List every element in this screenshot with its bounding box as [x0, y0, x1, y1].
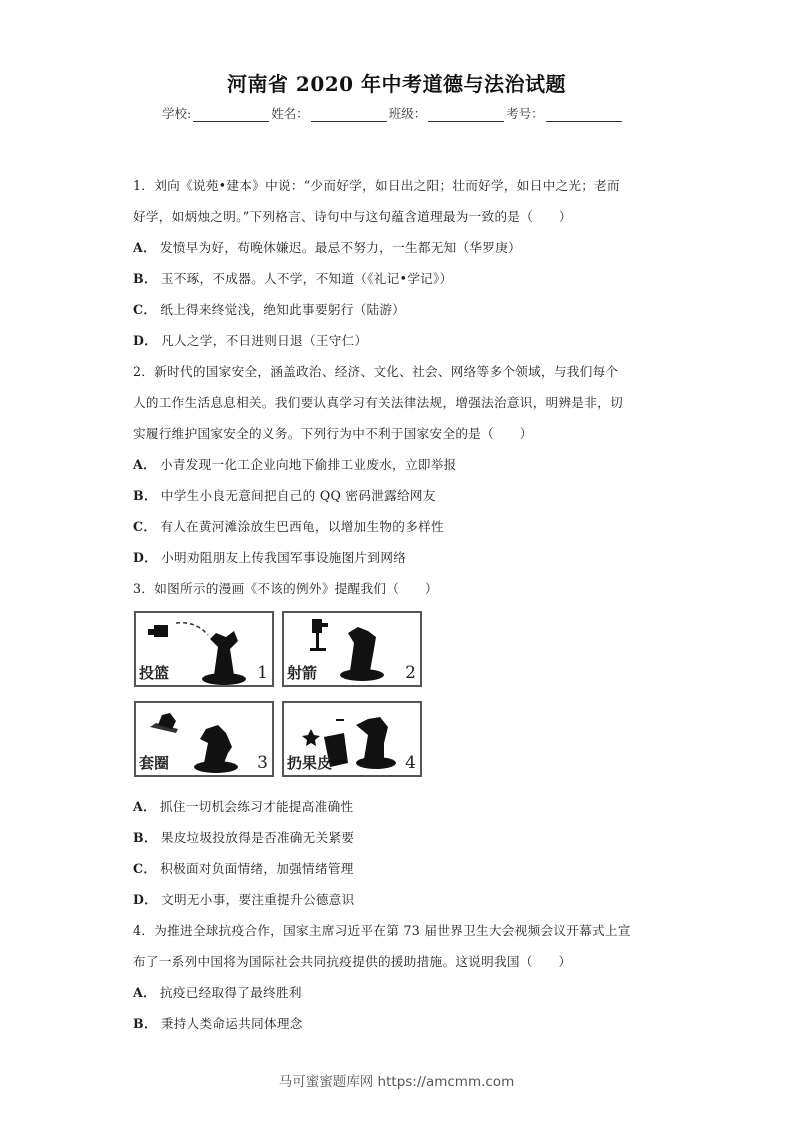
- school-label: 学校:: [162, 104, 191, 122]
- q2-option-c: C．有人在黄河滩涂放生巴西龟，以增加生物的多样性: [133, 516, 444, 535]
- option-key: B．: [133, 271, 157, 286]
- option-key: A．: [133, 240, 156, 255]
- option-key: C．: [133, 861, 156, 876]
- option-key: B．: [133, 1016, 157, 1031]
- option-key: D．: [133, 550, 157, 565]
- panel-caption: 扔果皮: [287, 752, 332, 773]
- q2-option-a: A．小青发现一化工企业向地下偷排工业废水，立即举报: [133, 454, 457, 473]
- option-text: 发愤早为好，苟晚休嫌迟。最忌不努力，一生都无知（华罗庚）: [160, 240, 521, 255]
- watermark-footer: 马可蜜蜜题库网 https://amcmm.com: [0, 1070, 793, 1090]
- school-blank[interactable]: [193, 109, 269, 122]
- q3-option-d: D．文明无小事，要注重提升公德意识: [133, 889, 355, 908]
- option-text: 玉不琢，不成器。人不学，不知道（《礼记•学记》）: [161, 271, 453, 286]
- comic-panel-1: 投篮 1: [134, 611, 274, 687]
- option-text: 文明无小事，要注重提升公德意识: [161, 892, 354, 907]
- q4-option-a: A．抗疫已经取得了最终胜利: [133, 982, 302, 1001]
- name-blank[interactable]: [311, 109, 387, 122]
- q2-option-b: B．中学生小良无意间把自己的 QQ 密码泄露给网友: [133, 485, 436, 504]
- q1-option-d: D．凡人之学，不日进则日退（王守仁）: [133, 330, 367, 349]
- q2-stem-line-2: 人的工作生活息息相关。我们要认真学习有关法律法规，增强法治意识，明辨是非，切: [133, 392, 623, 411]
- q2-option-d: D．小明劝阻朋友上传我国军事设施图片到网络: [133, 547, 406, 566]
- option-key: C．: [133, 519, 156, 534]
- option-key: C．: [133, 302, 156, 317]
- q3-option-a: A．抓住一切机会练习才能提高准确性: [133, 796, 353, 815]
- option-key: A．: [133, 799, 156, 814]
- page-title: 河南省 2020 年中考道德与法治试题: [0, 68, 793, 97]
- q4-stem-line-2: 布了一系列中国将为国际社会共同抗疫提供的援助措施。这说明我国（ ）: [133, 951, 571, 970]
- exam-number-label: 考号：: [506, 104, 544, 122]
- panel-caption: 射箭: [287, 662, 317, 683]
- q3-option-b: B．果皮垃圾投放得是否准确无关紧要: [133, 827, 354, 846]
- option-text: 凡人之学，不日进则日退（王守仁）: [161, 333, 367, 348]
- option-text: 秉持人类命运共同体理念: [161, 1016, 303, 1031]
- option-key: A．: [133, 985, 156, 1000]
- comic-panel-2: 射箭 2: [282, 611, 422, 687]
- q3-option-c: C．积极面对负面情绪，加强情绪管理: [133, 858, 354, 877]
- option-text: 中学生小良无意间把自己的 QQ 密码泄露给网友: [161, 488, 436, 503]
- name-label: 姓名：: [271, 104, 309, 122]
- option-text: 抗疫已经取得了最终胜利: [160, 985, 302, 1000]
- option-key: D．: [133, 333, 157, 348]
- option-key: D．: [133, 892, 157, 907]
- comic-figure: 投篮 1 射箭 2 套圈 3: [133, 610, 425, 780]
- option-text: 有人在黄河滩涂放生巴西龟，以增加生物的多样性: [160, 519, 444, 534]
- option-text: 小明劝阻朋友上传我国军事设施图片到网络: [161, 550, 406, 565]
- comic-panel-3: 套圈 3: [134, 701, 274, 777]
- class-blank[interactable]: [428, 109, 504, 122]
- comic-panel-4: 扔果皮 4: [282, 701, 422, 777]
- class-label: 班级：: [389, 104, 427, 122]
- q3-stem-line-1: 3．如图所示的漫画《不该的例外》提醒我们（ ）: [133, 578, 438, 597]
- panel-number: 1: [257, 663, 268, 683]
- exam-number-blank[interactable]: [546, 109, 622, 122]
- q4-stem-line-1: 4．为推进全球抗疫合作，国家主席习近平在第 73 届世界卫生大会视频会议开幕式上…: [133, 920, 631, 939]
- q1-option-c: C．纸上得来终觉浅，绝知此事要躬行（陆游）: [133, 299, 405, 318]
- q1-option-b: B．玉不琢，不成器。人不学，不知道（《礼记•学记》）: [133, 268, 453, 287]
- option-text: 积极面对负面情绪，加强情绪管理: [160, 861, 353, 876]
- panel-number: 3: [257, 753, 268, 773]
- option-text: 抓住一切机会练习才能提高准确性: [160, 799, 353, 814]
- q2-stem-line-3: 实履行维护国家安全的义务。下列行为中不利于国家安全的是（ ）: [133, 423, 533, 442]
- q1-stem-line-2: 好学，如炳烛之明。”下列格言、诗句中与这句蕴含道理最为一致的是（ ）: [133, 206, 572, 225]
- option-text: 果皮垃圾投放得是否准确无关紧要: [161, 830, 354, 845]
- panel-caption: 投篮: [139, 662, 169, 683]
- q1-option-a: A．发愤早为好，苟晚休嫌迟。最忌不努力，一生都无知（华罗庚）: [133, 237, 521, 256]
- option-key: B．: [133, 830, 157, 845]
- option-text: 小青发现一化工企业向地下偷排工业废水，立即举报: [160, 457, 457, 472]
- q2-stem-line-1: 2．新时代的国家安全，涵盖政治、经济、文化、社会、网络等多个领域，与我们每个: [133, 361, 618, 380]
- option-key: B．: [133, 488, 157, 503]
- panel-number: 2: [405, 663, 416, 683]
- q4-option-b: B．秉持人类命运共同体理念: [133, 1013, 303, 1032]
- panel-caption: 套圈: [139, 752, 169, 773]
- option-key: A．: [133, 457, 156, 472]
- q1-stem-line-1: 1．刘向《说苑•建本》中说：“少而好学，如日出之阳；壮而好学，如日中之光；老而: [133, 175, 620, 194]
- panel-number: 4: [405, 753, 416, 773]
- option-text: 纸上得来终觉浅，绝知此事要躬行（陆游）: [160, 302, 405, 317]
- student-info-row: 学校: 姓名： 班级： 考号：: [162, 104, 624, 122]
